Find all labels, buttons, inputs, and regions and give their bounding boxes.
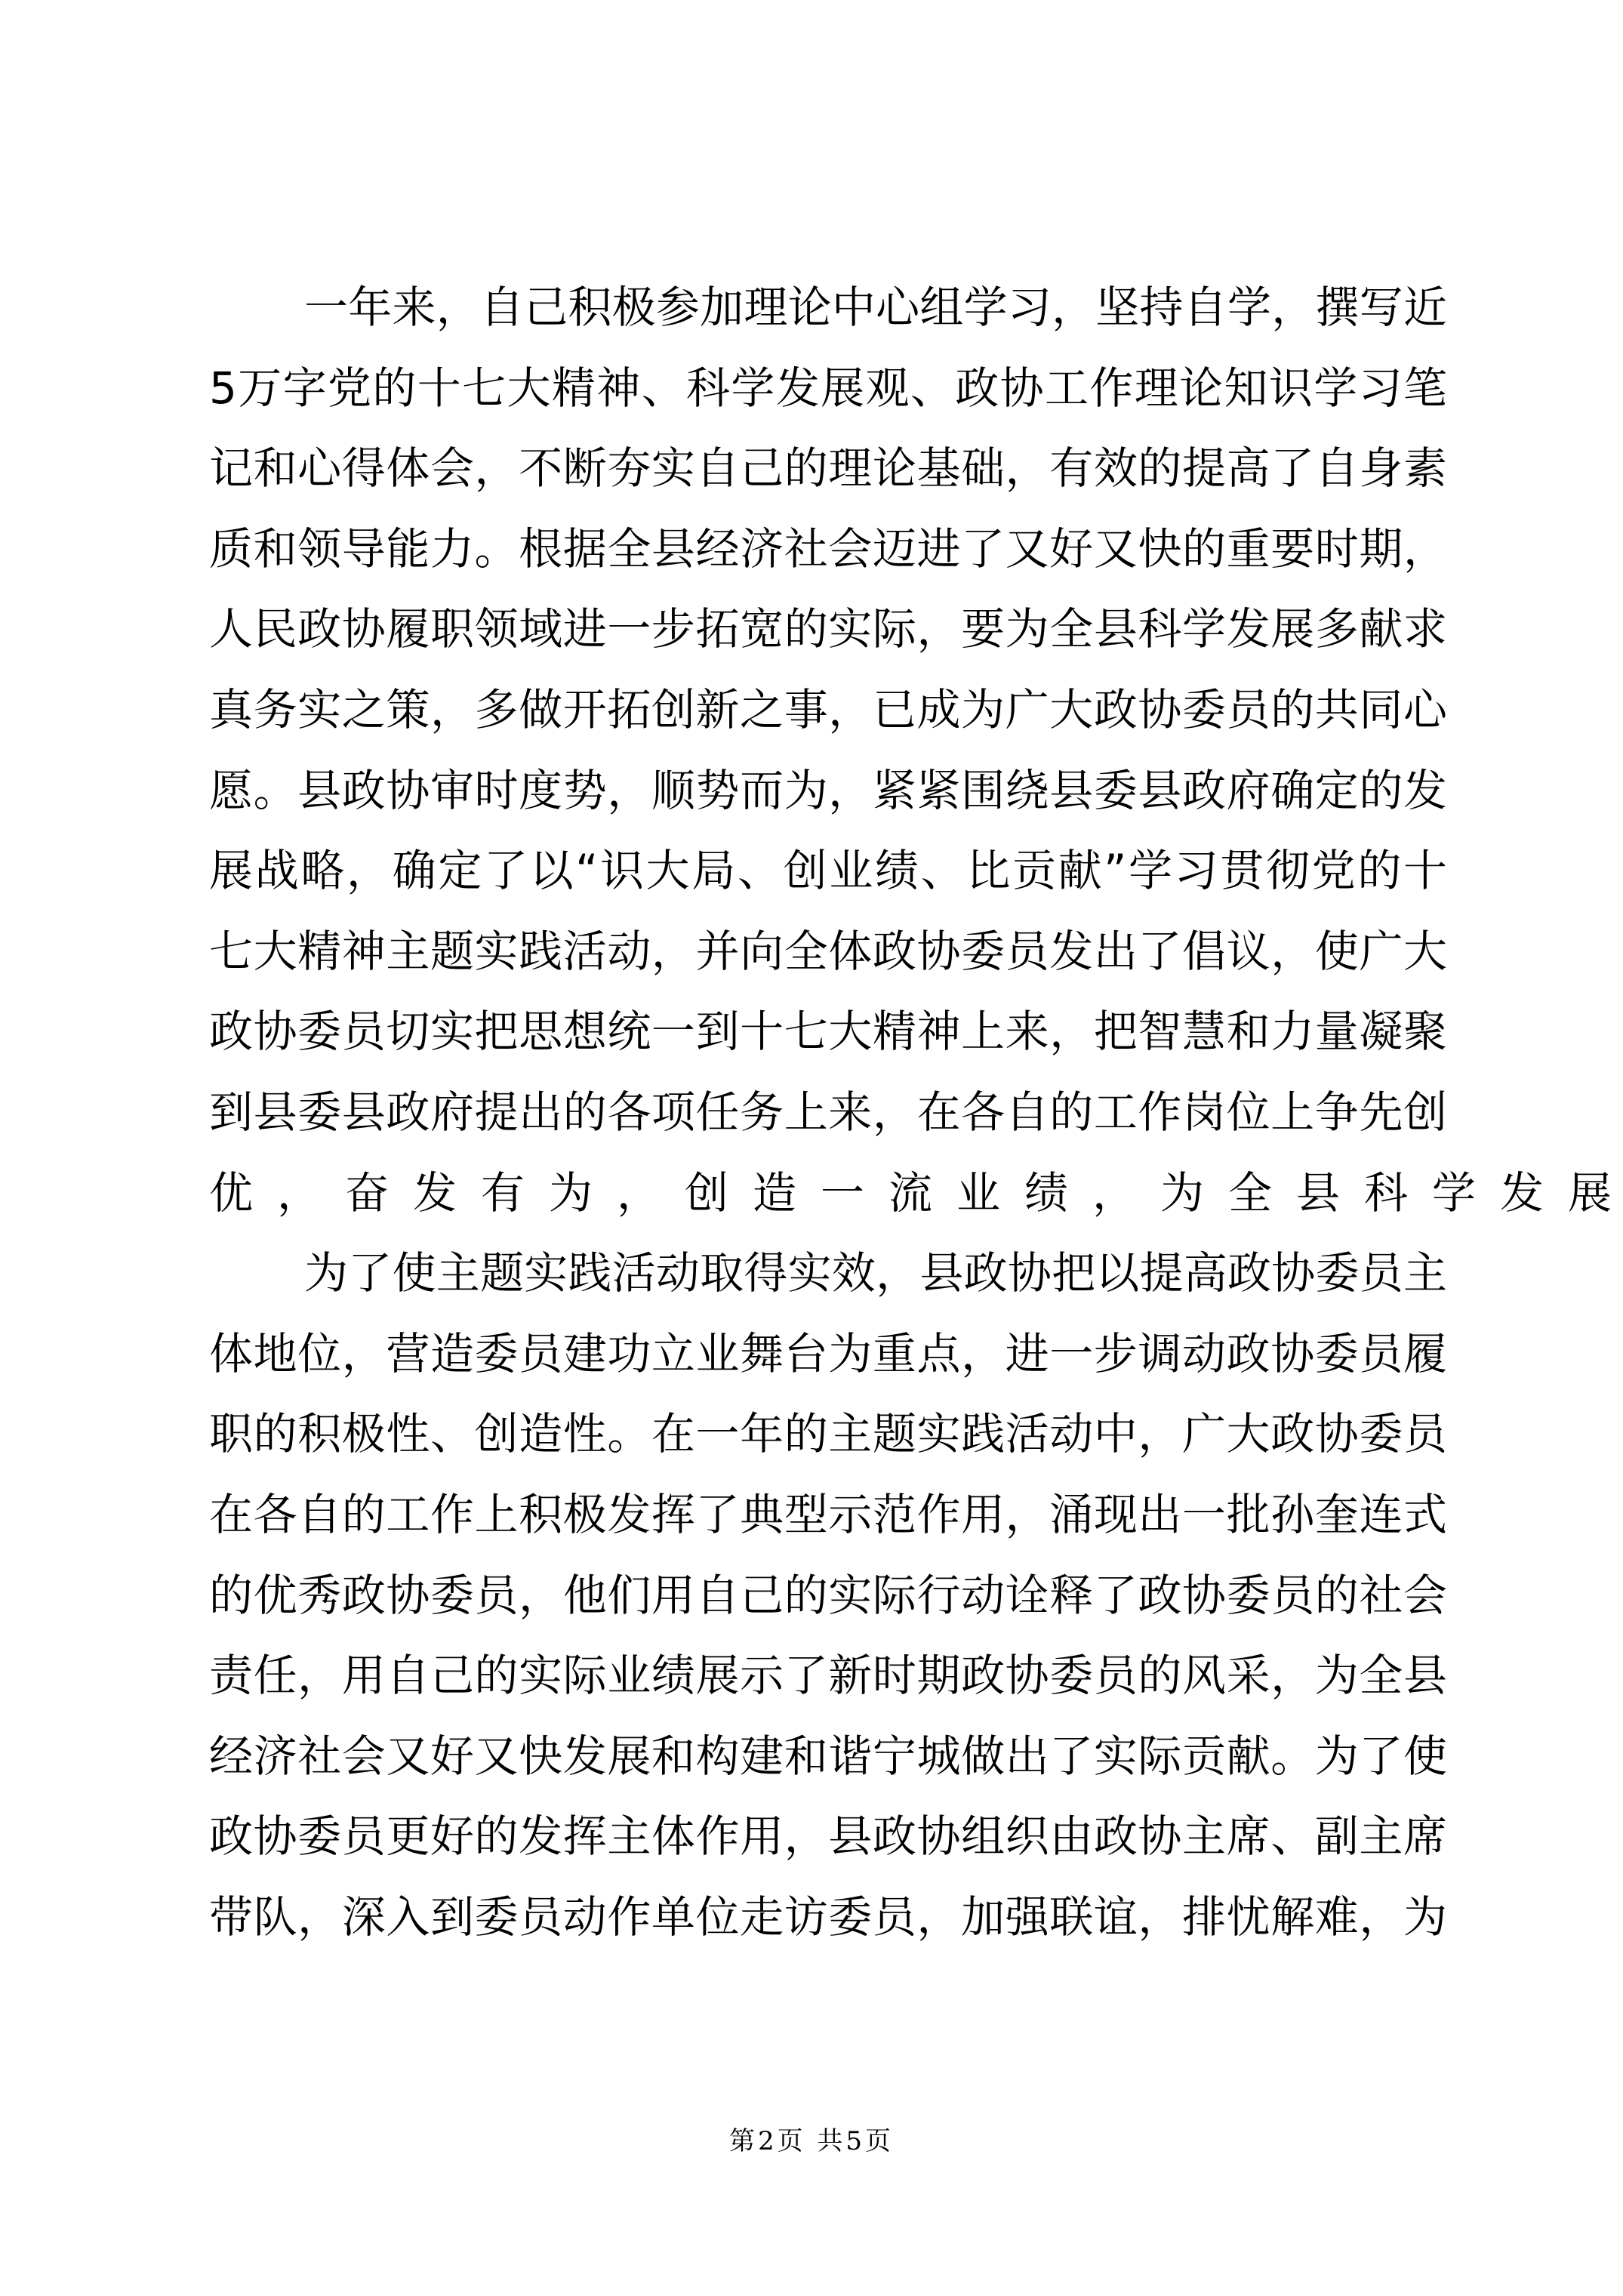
text-line: 经济社会又好又快发展和构建和谐宁城做出了实际贡献。为了使 (209, 1722, 1447, 1803)
text-line: 政协委员切实把思想统一到十七大精神上来，把智慧和力量凝聚 (209, 997, 1447, 1078)
text-line: 一年来，自己积极参加理论中心组学习，坚持自学，撰写近 (209, 273, 1447, 354)
paragraph-1: 一年来，自己积极参加理论中心组学习，坚持自学，撰写近 5万字党的十七大精神、科学… (209, 273, 1447, 1239)
text-line: 人民政协履职领域进一步拓宽的实际，要为全县科学发展多献求 (209, 595, 1447, 676)
text-line: 记和心得体会，不断夯实自己的理论基础，有效的提高了自身素 (209, 434, 1447, 515)
text-line: 职的积极性、创造性。在一年的主题实践活动中，广大政协委员 (209, 1400, 1447, 1481)
text-line: 5万字党的十七大精神、科学发展观、政协工作理论知识学习笔 (209, 354, 1447, 435)
text-line: 为了使主题实践活动取得实效，县政协把以提高政协委员主 (209, 1239, 1447, 1320)
text-line: 体地位，营造委员建功立业舞台为重点，进一步调动政协委员履 (209, 1320, 1447, 1401)
text-line: 到县委县政府提出的各项任务上来，在各自的工作岗位上争先创 (209, 1078, 1447, 1159)
text-line: 的优秀政协委员，他们用自己的实际行动诠释了政协委员的社会 (209, 1561, 1447, 1642)
text-line: 优，奋发有为，创造一流业绩，为全县科学发展献计出力。 (209, 1159, 1447, 1240)
text-line: 七大精神主题实践活动，并向全体政协委员发出了倡议，使广大 (209, 917, 1447, 998)
document-body: 一年来，自己积极参加理论中心组学习，坚持自学，撰写近 5万字党的十七大精神、科学… (209, 273, 1447, 1963)
text-line: 责任，用自己的实际业绩展示了新时期政协委员的风采，为全县 (209, 1641, 1447, 1722)
text-line: 愿。县政协审时度势，顺势而为，紧紧围绕县委县政府确定的发 (209, 757, 1447, 837)
text-line: 政协委员更好的发挥主体作用，县政协组织由政协主席、副主席 (209, 1802, 1447, 1883)
text-line: 展战略，确定了以“识大局、创业绩、比贡献”学习贯彻党的十 (209, 837, 1447, 917)
page-number-footer: 第2页 共5页 (0, 2120, 1623, 2157)
paragraph-2: 为了使主题实践活动取得实效，县政协把以提高政协委员主 体地位，营造委员建功立业舞… (209, 1239, 1447, 1963)
text-line: 在各自的工作上积极发挥了典型示范作用，涌现出一批孙奎连式 (209, 1481, 1447, 1561)
text-line: 真务实之策，多做开拓创新之事，已成为广大政协委员的共同心 (209, 676, 1447, 757)
document-page: 一年来，自己积极参加理论中心组学习，坚持自学，撰写近 5万字党的十七大精神、科学… (0, 0, 1623, 2296)
text-line: 带队，深入到委员动作单位走访委员，加强联谊，排忧解难，为 (209, 1883, 1447, 1964)
text-line: 质和领导能力。根据全县经济社会迈进了又好又快的重要时期， (209, 515, 1447, 596)
